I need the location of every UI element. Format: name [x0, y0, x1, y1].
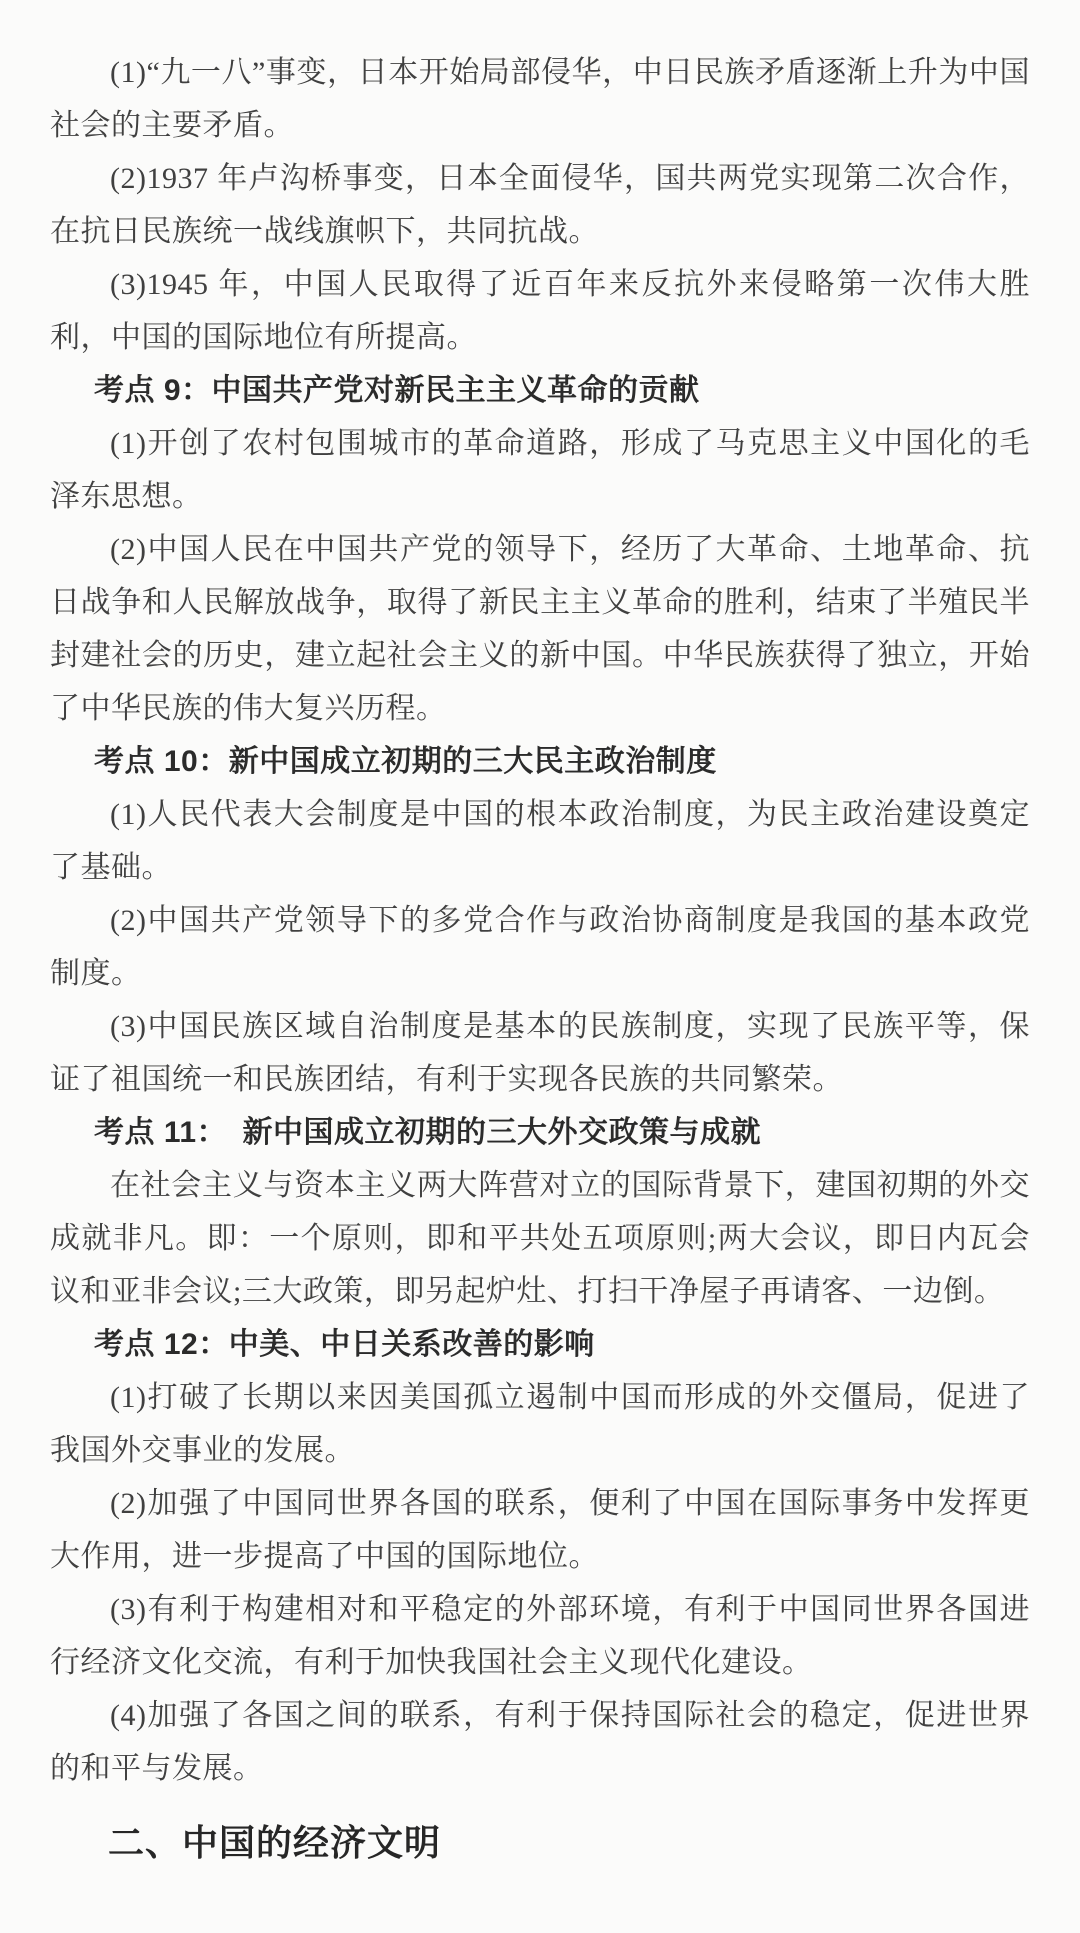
section-heading: 考点 11： 新中国成立初期的三大外交政策与成就: [50, 1106, 1030, 1159]
document-page: (1)“九一八”事变，日本开始局部侵华，中日民族矛盾逐渐上升为中国社会的主要矛盾…: [0, 0, 1080, 1933]
paragraph: 在社会主义与资本主义两大阵营对立的国际背景下，建国初期的外交成就非凡。即：一个原…: [50, 1159, 1030, 1318]
paragraph: (2)中国人民在中国共产党的领导下，经历了大革命、土地革命、抗日战争和人民解放战…: [50, 523, 1030, 735]
paragraph: (3)中国民族区域自治制度是基本的民族制度，实现了民族平等，保证了祖国统一和民族…: [50, 1000, 1030, 1106]
paragraph: (3)1945 年，中国人民取得了近百年来反抗外来侵略第一次伟大胜利，中国的国际…: [50, 258, 1030, 364]
paragraph: (2)中国共产党领导下的多党合作与政治协商制度是我国的基本政党制度。: [50, 894, 1030, 1000]
paragraph: (4)加强了各国之间的联系，有利于保持国际社会的稳定，促进世界的和平与发展。: [50, 1689, 1030, 1795]
paragraph: (1)开创了农村包围城市的革命道路，形成了马克思主义中国化的毛泽东思想。: [50, 417, 1030, 523]
paragraph: (2)加强了中国同世界各国的联系，便利了中国在国际事务中发挥更大作用，进一步提高…: [50, 1477, 1030, 1583]
paragraph: (1)打破了长期以来因美国孤立遏制中国而形成的外交僵局，促进了我国外交事业的发展…: [50, 1371, 1030, 1477]
section-heading: 考点 9：中国共产党对新民主主义革命的贡献: [50, 364, 1030, 417]
paragraph: (1)“九一八”事变，日本开始局部侵华，中日民族矛盾逐渐上升为中国社会的主要矛盾…: [50, 46, 1030, 152]
section-heading: 考点 12：中美、中日关系改善的影响: [50, 1318, 1030, 1371]
paragraph: (2)1937 年卢沟桥事变，日本全面侵华，国共两党实现第二次合作，在抗日民族统…: [50, 152, 1030, 258]
document-body: (1)“九一八”事变，日本开始局部侵华，中日民族矛盾逐渐上升为中国社会的主要矛盾…: [50, 46, 1030, 1873]
paragraph: (1)人民代表大会制度是中国的根本政治制度，为民主政治建设奠定了基础。: [50, 788, 1030, 894]
chapter-heading: 二、中国的经济文明: [50, 1813, 1030, 1873]
paragraph: (3)有利于构建相对和平稳定的外部环境，有利于中国同世界各国进行经济文化交流，有…: [50, 1583, 1030, 1689]
section-heading: 考点 10：新中国成立初期的三大民主政治制度: [50, 735, 1030, 788]
